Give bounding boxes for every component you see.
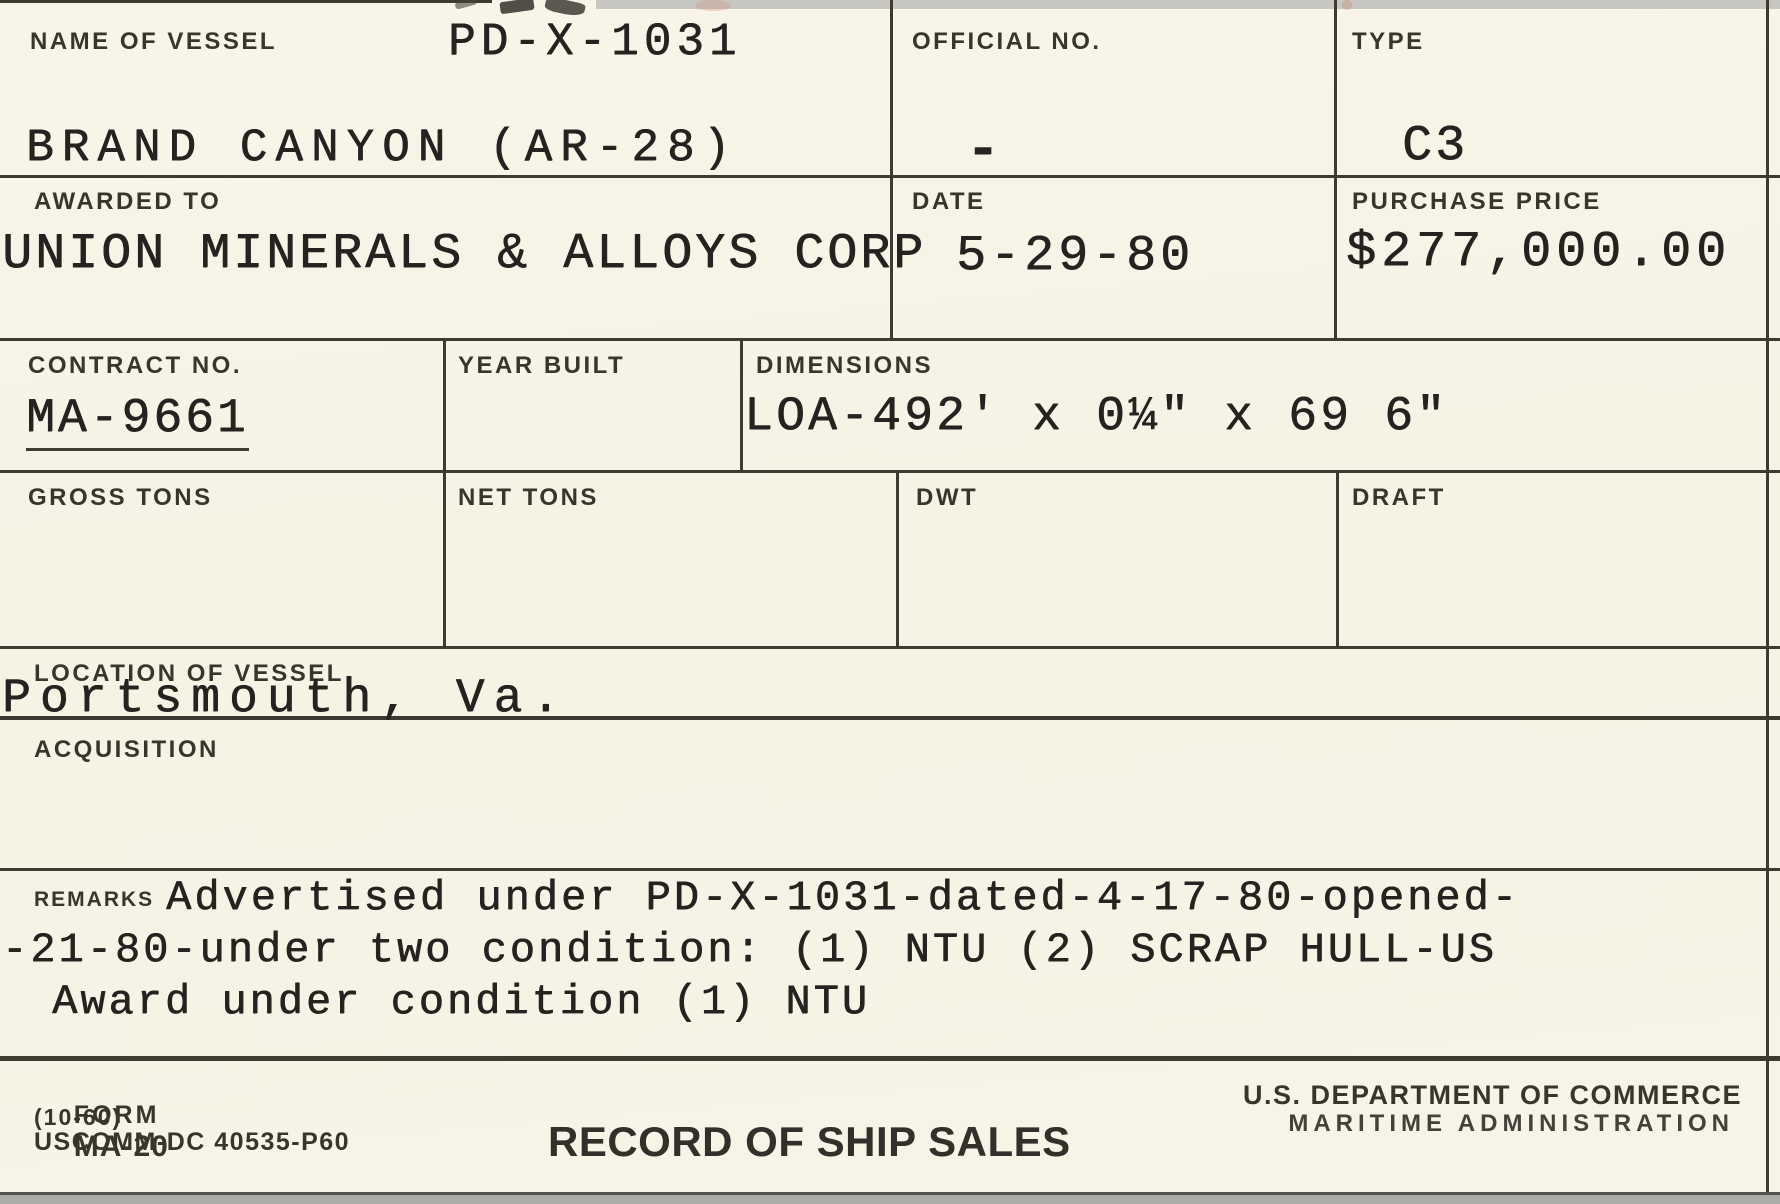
name-of-vessel-label: NAME OF VESSEL	[30, 28, 277, 56]
contract-no-value: MA-9661	[26, 392, 249, 451]
grid-line-col-official	[890, 0, 893, 338]
sale-number-value: PD-X-1031	[448, 16, 741, 68]
grid-line-col-type	[1334, 0, 1337, 338]
agency-name: U.S. DEPARTMENT OF COMMERCE	[1243, 1080, 1742, 1111]
scan-artifact-smudge	[1342, 0, 1352, 10]
agency-division: MARITIME ADMINISTRATION	[1288, 1110, 1734, 1138]
document-title: RECORD OF SHIP SALES	[548, 1118, 1071, 1166]
remarks-label: REMARKS	[34, 888, 154, 912]
type-value: C3	[1402, 118, 1468, 175]
grid-line-row3-bottom	[0, 470, 1780, 473]
location-of-vessel-value: Portsmouth, Va.	[2, 672, 569, 726]
awarded-to-label: AWARDED TO	[34, 188, 221, 216]
remarks-line3: Award under condition (1) NTU	[52, 978, 870, 1026]
name-of-vessel-value: BRAND CANYON (AR-28)	[26, 122, 738, 174]
acquisition-label: ACQUISITION	[34, 736, 219, 764]
grid-line-col-dwt	[896, 470, 899, 646]
scan-artifact-smudge	[695, 0, 731, 11]
dwt-label: DWT	[916, 484, 978, 512]
grid-line-col-yearbuilt	[443, 338, 446, 646]
remarks-line2: -21-80-under two condition: (1) NTU (2) …	[2, 926, 1497, 974]
net-tons-label: NET TONS	[458, 484, 599, 512]
purchase-price-label: PURCHASE PRICE	[1352, 188, 1602, 216]
contract-no-label: CONTRACT NO.	[28, 352, 242, 380]
grid-line-remarks-top	[0, 868, 1780, 871]
record-of-ship-sales-card: NAME OF VESSEL PD-X-1031 BRAND CANYON (A…	[0, 0, 1780, 1204]
scan-artifact-ink-mark	[499, 0, 534, 14]
date-label: DATE	[912, 188, 986, 216]
date-value: 5-29-80	[956, 228, 1194, 285]
awarded-to-value: UNION MINERALS & ALLOYS CORP	[2, 226, 926, 283]
scan-edge-right-line	[1766, 0, 1769, 1192]
draft-label: DRAFT	[1352, 484, 1446, 512]
form-revision: (10-60)	[34, 1104, 122, 1131]
form-print-code: USCOMM-DC 40535-P60	[34, 1128, 350, 1157]
remarks-line1: Advertised under PD-X-1031-dated-4-17-80…	[166, 874, 1520, 922]
grid-line-col-dimensions	[740, 338, 743, 470]
scan-artifact-ink-mark	[454, 0, 477, 10]
year-built-label: YEAR BUILT	[458, 352, 625, 380]
grid-line-footer-top	[0, 1056, 1780, 1061]
grid-line-col-draft	[1336, 470, 1339, 646]
grid-line-row2-bottom	[0, 338, 1780, 341]
official-no-label: OFFICIAL NO.	[912, 28, 1102, 56]
scan-edge-bottom-band	[0, 1192, 1780, 1204]
gross-tons-label: GROSS TONS	[28, 484, 213, 512]
dimensions-label: DIMENSIONS	[756, 352, 933, 380]
type-label: TYPE	[1352, 28, 1425, 56]
scan-edge-top-line	[0, 0, 492, 3]
purchase-price-value: $277,000.00	[1346, 224, 1731, 281]
dimensions-value: LOA-492' x 0¼" x 69 6"	[744, 390, 1448, 444]
official-no-value: -	[966, 118, 1003, 182]
scan-edge-top-band	[596, 0, 1780, 9]
grid-line-row4-bottom	[0, 646, 1780, 649]
